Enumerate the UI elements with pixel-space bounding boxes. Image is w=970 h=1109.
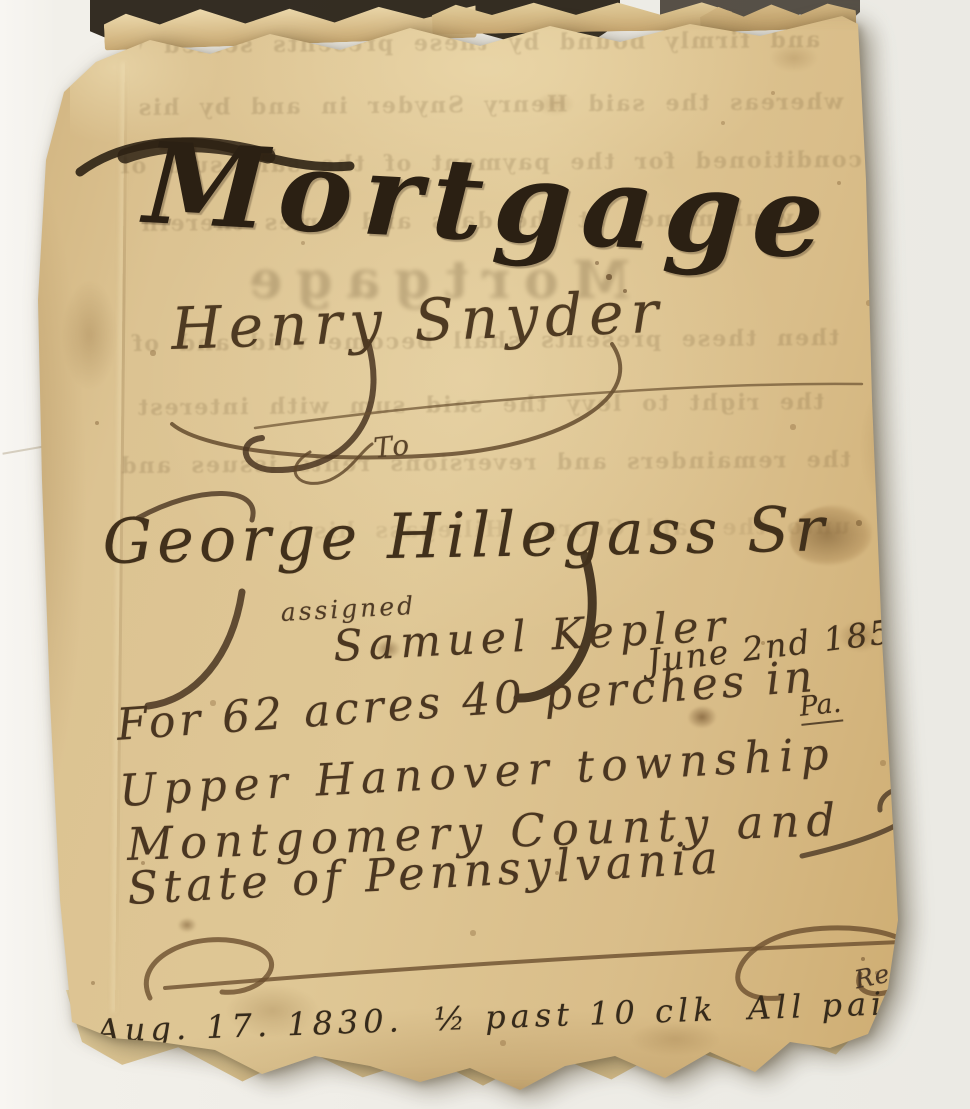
paper-wrap: and firmly bound by these presents seale… [0, 0, 970, 1109]
foxing-specks [0, 0, 2, 2]
document-scan: and firmly bound by these presents seale… [0, 0, 970, 1109]
mortgagee-name: George Hillegass Sr [102, 492, 830, 578]
to-label: To [372, 428, 413, 465]
flourish [255, 384, 862, 428]
flourish [165, 942, 900, 988]
flourish [148, 592, 242, 706]
mortgage-cover-page: and firmly bound by these presents seale… [0, 0, 970, 1109]
